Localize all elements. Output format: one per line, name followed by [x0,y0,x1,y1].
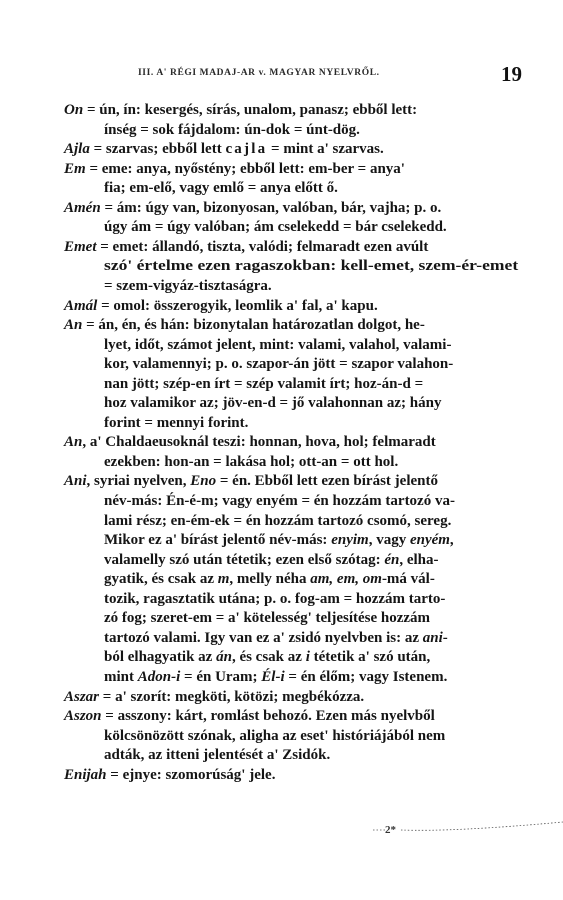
entry-continuation-line: kölcsönözött szónak, aligha az eset' his… [104,727,445,745]
book-page: III. A' RÉGI MADAJ-AR v. MAGYAR NYELVRŐL… [0,0,563,900]
entry-headword-line: On = ún, ín: kesergés, sírás, unalom, pa… [64,101,417,119]
entry-continuation-line: adták, az itteni jelentését a' Zsidók. [104,746,330,764]
entry-continuation-line: kor, valamennyi; p. o. szapor-án jött = … [104,355,453,373]
entry-text: = ám: úgy van, bizonyosan, valóban, bár,… [101,200,442,216]
italic-term: am, em, om [310,571,382,587]
headword: Enijah [64,767,107,783]
italic-term: Él-i [261,669,284,685]
entry-text: ezekben: hon-an = lakása hol; ott-an = o… [104,454,398,470]
entry-continuation-line: ezekben: hon-an = lakása hol; ott-an = o… [104,453,398,471]
entry-text: tétetik a' szó után, [310,649,430,665]
headword: Emet [64,239,97,255]
entry-text: , vagy [369,532,410,548]
headword: Aszar [64,689,99,705]
entry-continuation-line: nan jött; szép-en írt = szép valamit írt… [104,375,423,393]
entry-text: = omol: összerogyik, leomlik a' fal, a' … [97,298,377,314]
headword: Aszon [64,708,102,724]
entry-text: szó' értelme ezen ragaszokban: kell-emet… [104,258,518,274]
entry-text: , [450,532,454,548]
entry-continuation-line: zó fog; szeret-em = a' kötelesség' telje… [104,609,430,627]
headword: Em [64,161,86,177]
entry-text: kölcsönözött szónak, aligha az eset' his… [104,728,445,744]
entry-text: , a' Chaldaeusoknál teszi: honnan, hova,… [82,434,435,450]
entry-headword-line: Ajla = szarvas; ebből lett cajla = mint … [64,140,384,158]
entry-text: = én Uram; [180,669,261,685]
entry-continuation-line: = szem-vigyáz-tisztaságra. [104,277,272,295]
italic-term: án [216,649,232,665]
entry-text: mint [104,669,138,685]
entry-continuation-line: ínség = sok fájdalom: ún-dok = únt-dög. [104,121,360,139]
entry-headword-line: Aszar = a' szorít: megköti, kötözi; megb… [64,688,364,706]
headword: Amál [64,298,97,314]
entry-continuation-line: forint = mennyi forint. [104,414,248,432]
entry-text: nan jött; szép-en írt = szép valamit írt… [104,376,423,392]
entry-headword-line: Emet = emet: állandó, tiszta, valódi; fe… [64,238,428,256]
entry-headword-line: Ani, syriai nyelven, Eno = én. Ebből let… [64,472,438,490]
entry-headword-line: Aszon = asszony: kárt, romlást behozó. E… [64,707,435,725]
entry-continuation-line: lyet, időt, számot jelent, mint: valami,… [104,336,451,354]
entry-continuation-line: Mikor ez a' bírást jelentő név-más: enyi… [104,531,454,549]
entry-text: = emet: állandó, tiszta, valódi; felmara… [97,239,429,255]
entry-text: adták, az itteni jelentését a' Zsidók. [104,747,330,763]
headword: Ajla [64,141,90,157]
entry-text: ínség = sok fájdalom: ún-dok = únt-dög. [104,122,360,138]
signature-mark: 2* [385,824,396,836]
entry-headword-line: An = án, én, és hán: bizonytalan határoz… [64,316,425,334]
entry-text: valamelly szó után tétetik; ezen első sz… [104,552,384,568]
page-number: 19 [501,62,522,87]
entry-headword-line: Em = eme: anya, nyőstény; ebből lett: em… [64,160,405,178]
entry-text: név-más: Én-é-m; vagy enyém = én hozzám … [104,493,455,509]
italic-term: enyém [410,532,450,548]
headword: An [64,434,82,450]
entry-text: forint = mennyi forint. [104,415,248,431]
entry-text: lami rész; en-ém-ek = én hozzám tartozó … [104,513,451,529]
entry-continuation-line: név-más: Én-é-m; vagy enyém = én hozzám … [104,492,455,510]
entry-continuation-line: ból elhagyatik az án, és csak az i tétet… [104,648,430,666]
entry-text: , melly néha [229,571,310,587]
running-title: III. A' RÉGI MADAJ-AR v. MAGYAR NYELVRŐL… [138,68,380,78]
entry-text: zó fog; szeret-em = a' kötelesség' telje… [104,610,430,626]
entry-text: = én. Ebből lett ezen bírást jelentő [216,473,438,489]
entry-text: = asszony: kárt, romlást behozó. Ezen má… [102,708,435,724]
entry-headword-line: An, a' Chaldaeusoknál teszi: honnan, hov… [64,433,436,451]
entry-text: = a' szorít: megköti, kötözi; megbékózza… [99,689,364,705]
entry-text: , és csak az [232,649,306,665]
entry-text: , elha- [399,552,438,568]
entry-continuation-line: tartozó valami. Igy van ez a' zsidó nyel… [104,629,448,647]
entry-continuation-line: úgy ám = úgy valóban; ám cselekedd = bár… [104,218,447,236]
italic-term: enyim [331,532,369,548]
entry-text: = szem-vigyáz-tisztaságra. [104,278,272,294]
italic-term: Adon-i [138,669,181,685]
entry-continuation-line: fia; em-elő, vagy emlő = anya előtt ő. [104,179,338,197]
entry-text: = eme: anya, nyőstény; ebből lett: em-be… [86,161,405,177]
entry-text: Mikor ez a' bírást jelentő név-más: [104,532,331,548]
entry-continuation-line: gyatik, és csak az m, melly néha am, em,… [104,570,435,588]
headword: Amén [64,200,101,216]
page-header: III. A' RÉGI MADAJ-AR v. MAGYAR NYELVRŐL… [62,63,522,87]
entry-text: tozik, ragasztatik utána; p. o. fog-am =… [104,591,445,607]
entry-continuation-line: lami rész; en-ém-ek = én hozzám tartozó … [104,512,451,530]
entry-headword-line: Amál = omol: összerogyik, leomlik a' fal… [64,297,378,315]
italic-term: én [384,552,399,568]
entry-text: = én élőm; vagy Istenem. [285,669,448,685]
italic-term: ani [423,630,443,646]
entry-text: = mint a' szarvas. [267,141,383,157]
entry-text: ból elhagyatik az [104,649,216,665]
entry-text: úgy ám = úgy valóban; ám cselekedd = bár… [104,219,447,235]
entry-headword-line: Enijah = ejnye: szomorúság' jele. [64,766,275,784]
entry-continuation-line: szó' értelme ezen ragaszokban: kell-emet… [104,257,518,275]
entry-text: lyet, időt, számot jelent, mint: valami,… [104,337,451,353]
entry-text: gyatik, és csak az [104,571,218,587]
entry-text: = án, én, és hán: bizonytalan határozatl… [82,317,424,333]
headword: An [64,317,82,333]
entry-continuation-line: tozik, ragasztatik utána; p. o. fog-am =… [104,590,445,608]
entry-text: , syriai nyelven, [87,473,191,489]
entry-text: kor, valamennyi; p. o. szapor-án jött = … [104,356,453,372]
entry-text: = ún, ín: kesergés, sírás, unalom, panas… [83,102,417,118]
entry-text: tartozó valami. Igy van ez a' zsidó nyel… [104,630,423,646]
entry-continuation-line: mint Adon-i = én Uram; Él-i = én élőm; v… [104,668,447,686]
entry-headword-line: Amén = ám: úgy van, bizonyosan, valóban,… [64,199,441,217]
headword: Ani [64,473,87,489]
spaced-word: cajla [225,141,267,157]
entry-text: fia; em-elő, vagy emlő = anya előtt ő. [104,180,338,196]
signature-dotted-rule [373,820,563,836]
entry-text: hoz valamikor az; jöv-en-d = jő valahonn… [104,395,441,411]
italic-term: m [218,571,230,587]
entry-text: - [443,630,448,646]
headword: On [64,102,83,118]
italic-term: Eno [190,473,216,489]
entry-continuation-line: hoz valamikor az; jöv-en-d = jő valahonn… [104,394,441,412]
entry-continuation-line: valamelly szó után tétetik; ezen első sz… [104,551,439,569]
entry-text: = ejnye: szomorúság' jele. [107,767,276,783]
entry-text: -má vál- [382,571,435,587]
entry-text: = szarvas; ebből lett [90,141,226,157]
